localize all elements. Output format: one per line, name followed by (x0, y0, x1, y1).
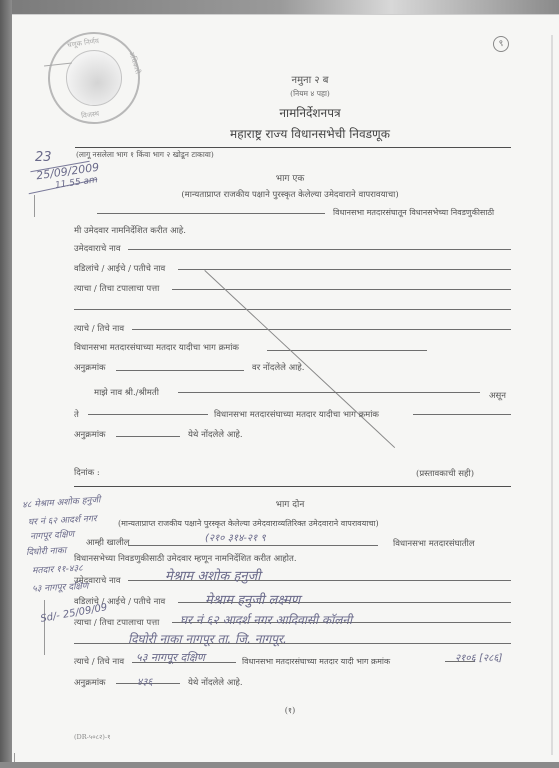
roll-label-2: विधानसभा मतदारसंघाच्या मतदार यादी भाग क्… (242, 656, 390, 667)
margin-bar (34, 195, 35, 217)
proposer-roll-label: विधानसभा मतदारसंघाच्या मतदार यादीचा भाग … (214, 409, 379, 420)
scan-border-left (0, 0, 12, 768)
instruction-text: (लागू नसलेला भाग १ किंवा भाग २ खोडून टाक… (76, 150, 214, 160)
proposer-te: ते (74, 409, 79, 420)
their-name-value: ५३ नागपूर दक्षिण (136, 650, 205, 665)
part-one-heading: भाग एक (230, 171, 350, 184)
candidate-name-line (128, 249, 511, 250)
print-code: (DR-५०८२)-१ (74, 732, 110, 741)
margin-note: मतदार ११-४३८ (32, 561, 83, 577)
candidate-name-value: मेश्राम अशोक हनुजी (165, 566, 261, 584)
serial-value: ४३६ (137, 674, 153, 688)
proposer-roll-line (413, 414, 511, 415)
form-subtitle: महाराष्ट्र राज्य विधानसभेची निवडणूक (180, 125, 440, 142)
proposer-name-suffix: असून (489, 390, 506, 401)
constituency-suffix: विधानसभा मतदारसंघातून विधानसभेच्या निवडण… (333, 207, 494, 218)
stamp-text: विजस्थ (81, 110, 100, 121)
part-one-subheading: (मान्यताप्राप्त राजकीय पक्षाने पुरस्कृत … (80, 189, 500, 200)
serial-suffix-2: येथे नोंदलेले आहे. (188, 677, 243, 688)
divider (74, 486, 511, 487)
serial-suffix: वर नोंदलेले आहे. (252, 362, 304, 373)
proposer-name-label: माझे नाव श्री./श्रीमती (94, 387, 159, 398)
roll-value: २१०६ [२८६] (455, 650, 502, 664)
divider (75, 147, 511, 148)
form-title: नामनिर्देशनपत्र (200, 104, 420, 121)
margin-note: दिघोरी नाका (26, 543, 67, 558)
margin-bar (44, 600, 45, 655)
label-postal-address: त्याचा / तिचा टपालाचा पत्ता (74, 283, 159, 294)
part-two-nominate-line: विधानसभेच्या निवडणुकीसाठी उमेदवार म्हणून… (74, 553, 297, 564)
receipt-serial: 23 (35, 150, 52, 165)
signature-label: (प्रस्तावकाची सही) (416, 468, 474, 479)
label-parent-name: वडिलांचे / आईचे / पतीचे नाव (74, 263, 165, 274)
label-candidate-name: उमेदवाराचे नाव (74, 243, 121, 254)
label-serial-2: अनुक्रमांक (74, 677, 106, 688)
part-two-heading: भाग दोन (230, 497, 350, 510)
form-rule: (नियम ४ पहा) (200, 89, 420, 99)
margin-note: नागपूर दक्षिण (30, 527, 75, 542)
constituency-line (97, 213, 325, 214)
address-line-2 (74, 309, 511, 310)
label-roll-part: विधानसभा मतदारसंघाच्या मतदार यादीचा भाग … (74, 342, 239, 353)
postal-address-value-1: घर नं ६२ आदर्श नगर आदिवासी कॉलनी (180, 611, 352, 628)
we-value: (२१० ३१४-२१ ९ (205, 530, 266, 544)
proposer-serial-label: अनुक्रमांक (74, 429, 106, 440)
proposer-constituency-line (88, 414, 208, 415)
postal-address-value-2: दिघोरी नाका नागपूर ता. जि. नागपूर. (128, 630, 287, 647)
parent-name-line (178, 269, 511, 270)
stamp-text: चणूक निर्णय (67, 37, 100, 50)
label-their-name-2: त्याचे / तिचे नाव (74, 656, 124, 667)
proposer-serial-suffix: येथे नोंदलेले आहे. (188, 429, 243, 440)
proposer-serial-line (116, 436, 180, 437)
part-two-constituency-suffix: विधानसभा मतदारसंघातील (393, 538, 475, 549)
nominate-line: मी उमेदवार नामनिर्देशित करीत आहे. (74, 225, 186, 236)
label-serial-no: अनुक्रमांक (74, 362, 106, 373)
page-number: (१) (260, 705, 320, 716)
date-label: दिनांक : (74, 467, 100, 478)
address-line-1 (172, 289, 511, 290)
proposer-name-line (178, 392, 480, 393)
parent-name-value: मेश्राम हनुजी लक्ष्मण (205, 590, 300, 608)
label-their-name: त्याचे / तिचे नाव (74, 323, 124, 334)
label-postal-address-2: त्याचा / तिचा टपालाचा पत्ता (74, 617, 159, 628)
serial-no-line (116, 370, 244, 371)
scan-border-bottom (0, 762, 559, 768)
page-edge (551, 35, 553, 755)
form-number: नमुना २ ब (200, 72, 420, 86)
we-label: आम्ही खालील (86, 537, 130, 548)
we-line (128, 545, 378, 546)
page-marker-badge: ९ (493, 36, 509, 52)
emblem-icon (62, 46, 125, 109)
part-two-subheading: (मान्यताप्राप्त राजकीय पक्षाने पुरस्कृत … (118, 518, 379, 529)
their-name-line (132, 329, 511, 330)
